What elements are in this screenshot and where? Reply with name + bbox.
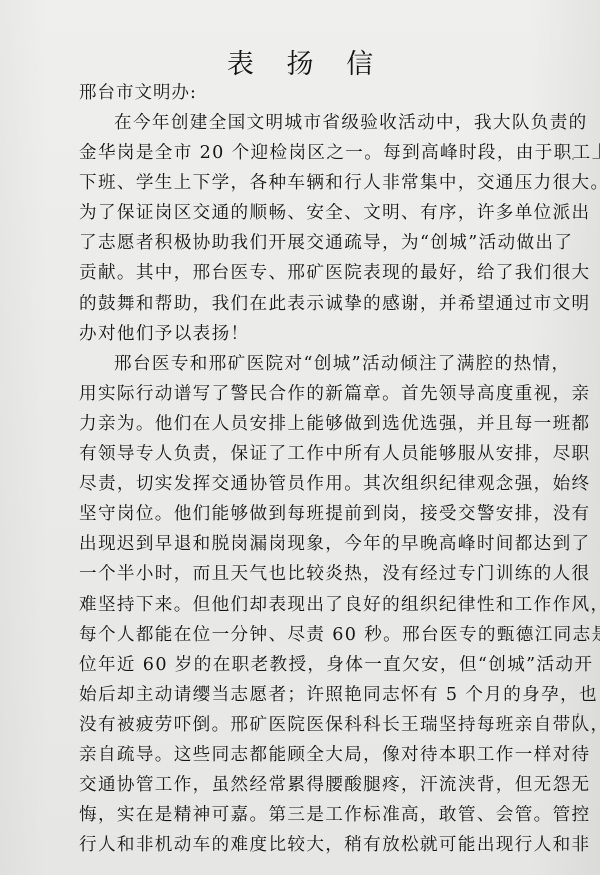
paper-speck xyxy=(572,158,574,160)
body-line: 在今年创建全国文明城市省级验收活动中，我大队负责的 xyxy=(79,108,519,138)
body-line: 亲自疏导。这些同志都能顾全大局，像对待本职工作一样对待 xyxy=(79,740,519,770)
letter-body: 在今年创建全国文明城市省级验收活动中，我大队负责的 金华岗是全市 20 个迎检岗… xyxy=(79,108,519,860)
body-line: 行人和非机动车的难度比较大，稍有放松就可能出现行人和非 xyxy=(79,830,519,860)
body-line: 每个人都能在位一分钟、尽责 60 秒。邢台医专的甄德江同志是 xyxy=(79,620,519,650)
body-line: 悔，实在是精神可嘉。第三是工作标准高，敢管、会管。管控 xyxy=(79,800,519,830)
body-line: 始后却主动请缨当志愿者；许照艳同志怀有 5 个月的身孕，也 xyxy=(79,680,519,710)
body-line: 的鼓舞和帮助，我们在此表示诚挚的感谢，并希望通过市文明 xyxy=(79,289,519,319)
body-line: 了志愿者积极协助我们开展交通疏导，为“创城”活动做出了 xyxy=(79,228,519,258)
body-line: 用实际行动谱写了警民合作的新篇章。首先领导高度重视，亲 xyxy=(79,379,519,409)
body-line: 金华岗是全市 20 个迎检岗区之一。每到高峰时段，由于职工上 xyxy=(79,138,519,168)
scanned-letter-page: 表 扬 信 邢台市文明办: 在今年创建全国文明城市省级验收活动中，我大队负责的 … xyxy=(0,0,600,875)
body-line: 一个半小时，而且天气也比较炎热，没有经过专门训练的人很 xyxy=(79,559,519,589)
body-line: 办对他们予以表扬！ xyxy=(79,319,519,349)
body-line: 为了保证岗区交通的顺畅、安全、文明、有序，许多单位派出 xyxy=(79,198,519,228)
body-line: 出现迟到早退和脱岗漏岗现象，今年的早晚高峰时间都达到了 xyxy=(79,529,519,559)
body-line: 交通协管工作，虽然经常累得腰酸腿疼，汗流浃背，但无怨无 xyxy=(79,770,519,800)
body-line: 力亲为。他们在人员安排上能够做到选优选强，并且每一班都 xyxy=(79,409,519,439)
body-line: 位年近 60 岁的在职老教授，身体一直欠安，但“创城”活动开 xyxy=(79,650,519,680)
body-line: 下班、学生上下学，各种车辆和行人非常集中，交通压力很大。 xyxy=(79,168,519,198)
letter-title: 表 扬 信 xyxy=(0,42,600,81)
paper-speck xyxy=(577,713,579,715)
body-line: 没有被疲劳吓倒。邢矿医院医保科科长王瑞坚持每班亲自带队， xyxy=(79,710,519,740)
body-line: 尽责，切实发挥交通协管员作用。其次组织纪律观念强，始终 xyxy=(79,469,519,499)
body-line: 有领导专人负责，保证了工作中所有人员能够服从安排，尽职 xyxy=(79,439,519,469)
body-line: 邢台医专和邢矿医院对“创城”活动倾注了满腔的热情， xyxy=(79,349,519,379)
body-line: 贡献。其中，邢台医专、邢矿医院表现的最好，给了我们很大 xyxy=(79,258,519,288)
body-line: 难坚持下来。但他们却表现出了良好的组织纪律性和工作作风， xyxy=(79,590,519,620)
body-line: 坚守岗位。他们能够做到每班提前到岗，接受交警安排，没有 xyxy=(79,499,519,529)
letter-salutation: 邢台市文明办: xyxy=(79,79,197,104)
